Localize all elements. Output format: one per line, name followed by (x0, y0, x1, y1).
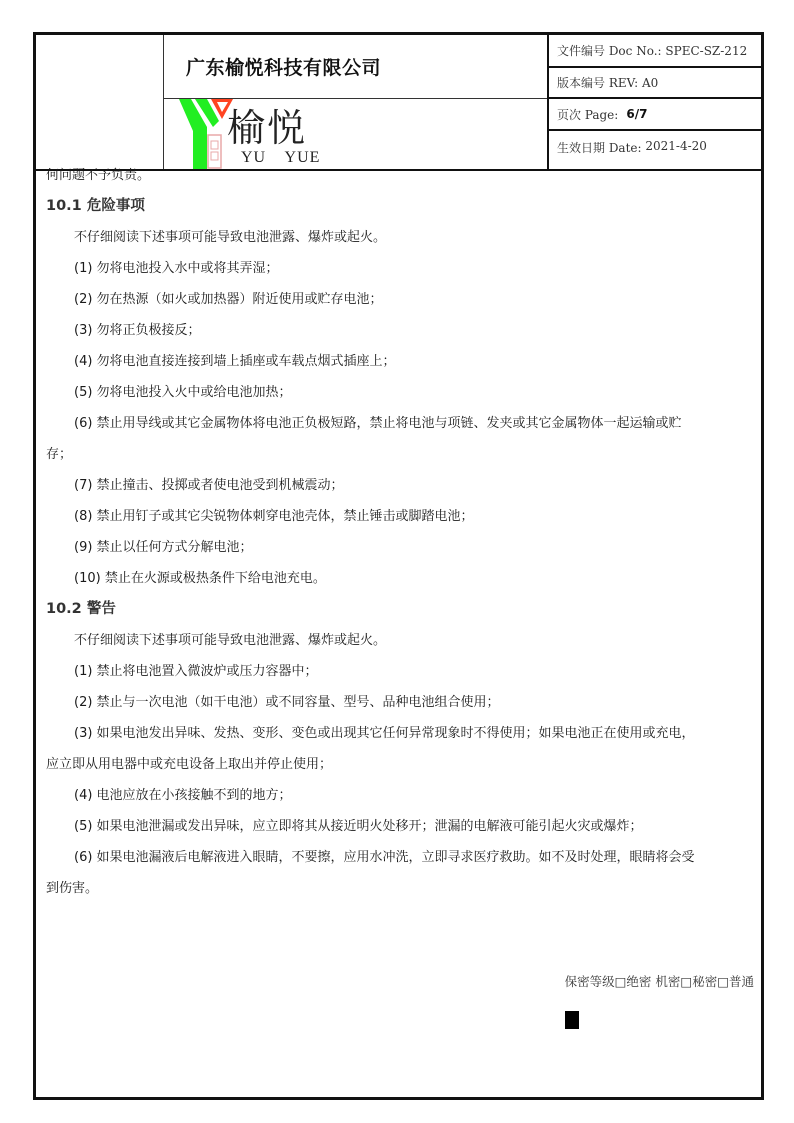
list-item: (8) 禁止用钉子或其它尖锐物体刺穿电池壳体，禁止锤击或脚踏电池； (46, 501, 696, 532)
list-item: (1) 勿将电池投入水中或将其弄湿； (46, 253, 696, 284)
meta-doc-no: 文件编号 Doc No.: SPEC-SZ-212 (549, 35, 761, 68)
footer-marker-block (565, 1011, 579, 1029)
list-item: (2) 禁止与一次电池（如干电池）或不同容量、型号、品种电池组合使用； (46, 687, 696, 718)
list-item: (3) 勿将正负极接反； (46, 315, 696, 346)
meta-page: 页次 Page:6/7 (549, 99, 761, 131)
list-item: (10) 禁止在火源或极热条件下给电池充电。 (46, 563, 696, 594)
list-item: (6) 如果电池漏液后电解液进入眼睛，不要擦，应用水冲洗，立即寻求医疗救助。如不… (46, 842, 696, 904)
list-item: (4) 电池应放在小孩接触不到的地方； (46, 780, 696, 811)
list-item: (9) 禁止以任何方式分解电池； (46, 532, 696, 563)
list-item: (5) 勿将电池投入火中或给电池加热； (46, 377, 696, 408)
meta-date-label: 生效日期 Date: (557, 139, 642, 156)
document-body: 何问题不予负责。 10.1 危险事项 不仔细阅读下述事项可能导致电池泄露、爆炸或… (46, 160, 696, 904)
confidentiality-level: 保密等级□绝密 机密□秘密□普通 (565, 972, 754, 990)
header-company-column: 广东榆悦科技有限公司 榆悦 YU YUE (164, 35, 549, 169)
meta-doc-no-value: SPEC-SZ-212 (665, 44, 747, 58)
logo-chinese-text: 榆悦 (227, 97, 307, 152)
list-item: (4) 勿将电池直接连接到墙上插座或车载点烟式插座上； (46, 346, 696, 377)
meta-rev-label: 版本编号 REV: (557, 74, 638, 91)
list-item: (2) 勿在热源（如火或加热器）附近使用或贮存电池； (46, 284, 696, 315)
meta-date-value: 2021-4-20 (645, 139, 707, 153)
section-heading-10-2: 10.2 警告 (46, 594, 696, 625)
header-blank-cell (36, 35, 164, 169)
company-logo: 榆悦 YU YUE (179, 99, 339, 169)
list-item: (1) 禁止将电池置入微波炉或压力容器中； (46, 656, 696, 687)
document-header: 广东榆悦科技有限公司 榆悦 YU YUE (36, 35, 761, 171)
section-10-2-intro: 不仔细阅读下述事项可能导致电池泄露、爆炸或起火。 (46, 625, 696, 656)
list-item: (5) 如果电池泄漏或发出异味，应立即将其从接近明火处移开；泄漏的电解液可能引起… (46, 811, 696, 842)
section-10-1-intro: 不仔细阅读下述事项可能导致电池泄露、爆炸或起火。 (46, 222, 696, 253)
company-name: 广东榆悦科技有限公司 (186, 53, 381, 80)
list-item: (6) 禁止用导线或其它金属物体将电池正负极短路，禁止将电池与项链、发夹或其它金… (46, 408, 696, 470)
section-heading-10-1: 10.1 危险事项 (46, 191, 696, 222)
header-meta-column: 文件编号 Doc No.: SPEC-SZ-212 版本编号 REV: A0 页… (549, 35, 761, 169)
logo-cell: 榆悦 YU YUE (164, 99, 547, 169)
meta-page-value: 6/7 (626, 107, 647, 121)
meta-page-label: 页次 Page: (557, 106, 618, 123)
lead-text: 何问题不予负责。 (46, 160, 696, 191)
meta-rev-value: A0 (642, 76, 658, 90)
meta-doc-no-label: 文件编号 Doc No.: (557, 42, 662, 59)
list-item: (7) 禁止撞击、投掷或者使电池受到机械震动； (46, 470, 696, 501)
company-cell: 广东榆悦科技有限公司 (164, 35, 547, 99)
meta-rev: 版本编号 REV: A0 (549, 68, 761, 99)
list-item: (3) 如果电池发出异味、发热、变形、变色或出现其它任何异常现象时不得使用；如果… (46, 718, 696, 780)
